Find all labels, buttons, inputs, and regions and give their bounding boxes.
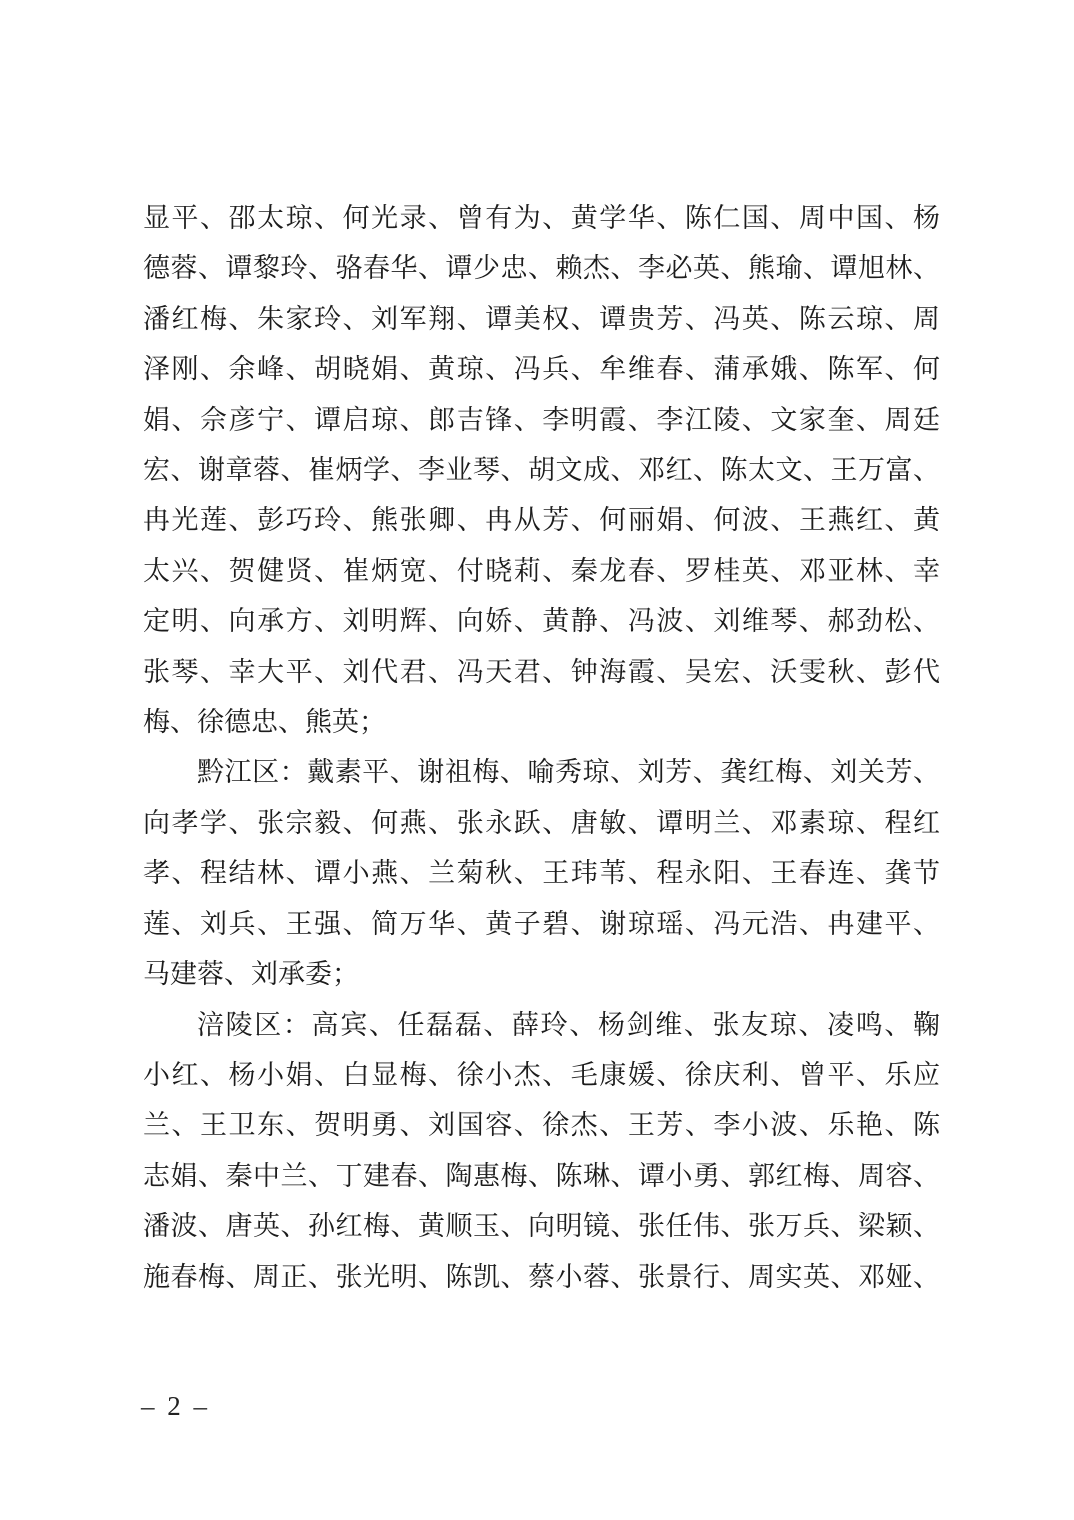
- text-line: 孝、程结林、谭小燕、兰菊秋、王玮苇、程永阳、王春连、龚节: [143, 848, 940, 898]
- text-line: 莲、刘兵、王强、简万华、黄子碧、谢琼瑶、冯元浩、冉建平、: [143, 899, 940, 949]
- document-body: 显平、邵太琼、何光录、曾有为、黄学华、陈仁国、周中国、杨 德蓉、谭黎玲、骆春华、…: [143, 193, 940, 1302]
- text-line: 潘红梅、朱家玲、刘军翔、谭美权、谭贵芳、冯英、陈云琼、周: [143, 294, 940, 344]
- page-number: – 2 –: [141, 1388, 210, 1424]
- document-page: 显平、邵太琼、何光录、曾有为、黄学华、陈仁国、周中国、杨 德蓉、谭黎玲、骆春华、…: [0, 0, 1074, 1520]
- paragraph-continued: 显平、邵太琼、何光录、曾有为、黄学华、陈仁国、周中国、杨 德蓉、谭黎玲、骆春华、…: [143, 193, 940, 747]
- text-line: 马建蓉、刘承委；: [143, 949, 940, 999]
- text-line: 志娟、秦中兰、丁建春、陶惠梅、陈琳、谭小勇、郭红梅、周容、: [143, 1151, 940, 1201]
- paragraph-qianjiang: 黔江区：戴素平、谢祖梅、喻秀琼、刘芳、龚红梅、刘关芳、 向孝学、张宗毅、何燕、张…: [143, 747, 940, 999]
- text-line: 太兴、贺健贤、崔炳宽、付晓莉、秦龙春、罗桂英、邓亚林、幸: [143, 546, 940, 596]
- text-line: 潘波、唐英、孙红梅、黄顺玉、向明镜、张任伟、张万兵、梁颖、: [143, 1201, 940, 1251]
- text-line: 小红、杨小娟、白显梅、徐小杰、毛康媛、徐庆利、曾平、乐应: [143, 1050, 940, 1100]
- text-line: 梅、徐德忠、熊英；: [143, 697, 940, 747]
- paragraph-fuling: 涪陵区：高宾、任磊磊、薛玲、杨剑维、张友琼、凌鸣、鞠 小红、杨小娟、白显梅、徐小…: [143, 1000, 940, 1302]
- text-line: 冉光莲、彭巧玲、熊张卿、冉从芳、何丽娟、何波、王燕红、黄: [143, 495, 940, 545]
- text-line: 黔江区：戴素平、谢祖梅、喻秀琼、刘芳、龚红梅、刘关芳、: [143, 747, 940, 797]
- text-line: 向孝学、张宗毅、何燕、张永跃、唐敏、谭明兰、邓素琼、程红: [143, 798, 940, 848]
- text-line: 宏、谢章蓉、崔炳学、李业琴、胡文成、邓红、陈太文、王万富、: [143, 445, 940, 495]
- text-line: 施春梅、周正、张光明、陈凯、蔡小蓉、张景行、周实英、邓娅、: [143, 1252, 940, 1302]
- text-line: 张琴、幸大平、刘代君、冯天君、钟海霞、吴宏、沃雯秋、彭代: [143, 647, 940, 697]
- text-line: 兰、王卫东、贺明勇、刘国容、徐杰、王芳、李小波、乐艳、陈: [143, 1100, 940, 1150]
- text-line: 德蓉、谭黎玲、骆春华、谭少忠、赖杰、李必英、熊瑜、谭旭林、: [143, 243, 940, 293]
- text-line: 定明、向承方、刘明辉、向娇、黄静、冯波、刘维琴、郝劲松、: [143, 596, 940, 646]
- text-line: 涪陵区：高宾、任磊磊、薛玲、杨剑维、张友琼、凌鸣、鞠: [143, 1000, 940, 1050]
- text-line: 泽刚、余峰、胡晓娟、黄琼、冯兵、牟维春、蒲承娥、陈军、何: [143, 344, 940, 394]
- text-line: 显平、邵太琼、何光录、曾有为、黄学华、陈仁国、周中国、杨: [143, 193, 940, 243]
- text-line: 娟、佘彦宁、谭启琼、郎吉锋、李明霞、李江陵、文家奎、周廷: [143, 395, 940, 445]
